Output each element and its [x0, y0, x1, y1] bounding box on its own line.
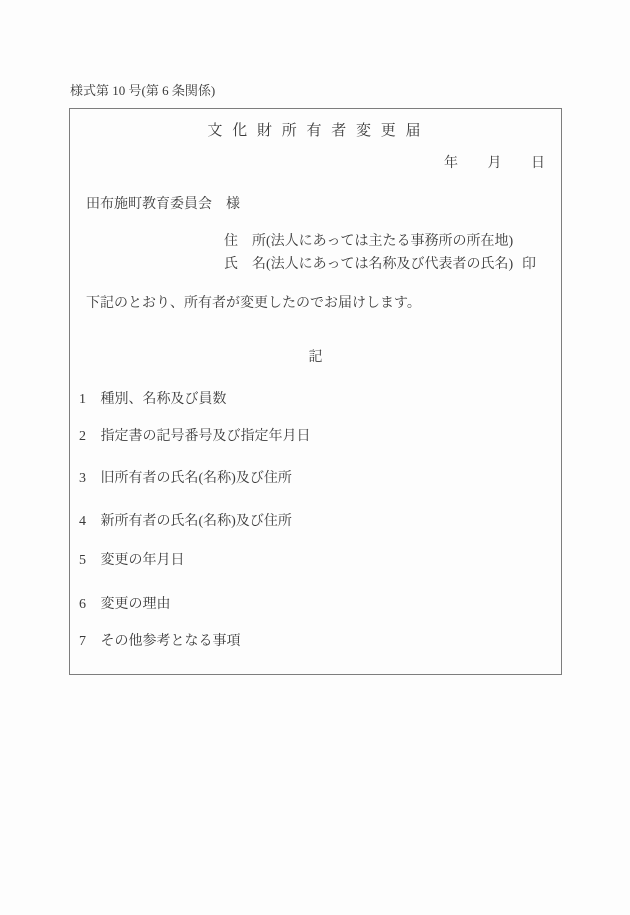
notification-body-text: 下記のとおり、所有者が変更したのでお届けします。 — [86, 296, 421, 311]
item-number: 4 — [79, 514, 97, 529]
list-item-other-reference: 7 その他参考となる事項 — [79, 634, 241, 649]
date-day-label: 日 — [531, 156, 545, 171]
form-page: 様式第 10 号(第 6 条関係) 文 化 財 所 有 者 変 更 届 年 月 … — [0, 0, 630, 915]
list-item-designation-number-date: 2 指定書の記号番号及び指定年月日 — [79, 429, 311, 444]
item-number: 3 — [79, 471, 97, 486]
item-number: 7 — [79, 634, 97, 649]
item-label: 変更の年月日 — [101, 553, 185, 568]
form-title: 文 化 財 所 有 者 変 更 届 — [70, 123, 561, 140]
item-number: 5 — [79, 553, 97, 568]
list-item-type-name-quantity: 1 種別、名称及び員数 — [79, 392, 227, 407]
list-heading: 記 — [70, 350, 561, 365]
seal-mark: 印 — [522, 257, 536, 272]
date-month-label: 月 — [488, 156, 502, 171]
form-number-label: 様式第 10 号(第 6 条関係) — [70, 84, 215, 98]
item-label: 種別、名称及び員数 — [101, 392, 227, 407]
item-label: 指定書の記号番号及び指定年月日 — [101, 429, 311, 444]
list-item-former-owner: 3 旧所有者の氏名(名称)及び住所 — [79, 471, 292, 486]
applicant-address-label: 住 所(法人にあっては主たる事務所の所在地) — [224, 234, 513, 249]
item-label: その他参考となる事項 — [101, 634, 241, 649]
item-number: 6 — [79, 597, 97, 612]
item-number: 2 — [79, 429, 97, 444]
item-label: 旧所有者の氏名(名称)及び住所 — [101, 471, 292, 486]
item-label: 新所有者の氏名(名称)及び住所 — [101, 514, 292, 529]
form-border-box: 文 化 財 所 有 者 変 更 届 年 月 日 田布施町教育委員会 様 住 所(… — [69, 108, 562, 675]
list-item-new-owner: 4 新所有者の氏名(名称)及び住所 — [79, 514, 292, 529]
date-line: 年 月 日 — [444, 156, 545, 171]
date-year-label: 年 — [444, 156, 458, 171]
addressee-label: 田布施町教育委員会 様 — [86, 197, 240, 212]
list-item-change-date: 5 変更の年月日 — [79, 553, 185, 568]
item-number: 1 — [79, 392, 97, 407]
item-label: 変更の理由 — [101, 597, 171, 612]
list-item-change-reason: 6 変更の理由 — [79, 597, 171, 612]
applicant-name-label: 氏 名(法人にあっては名称及び代表者の氏名) — [224, 257, 513, 272]
